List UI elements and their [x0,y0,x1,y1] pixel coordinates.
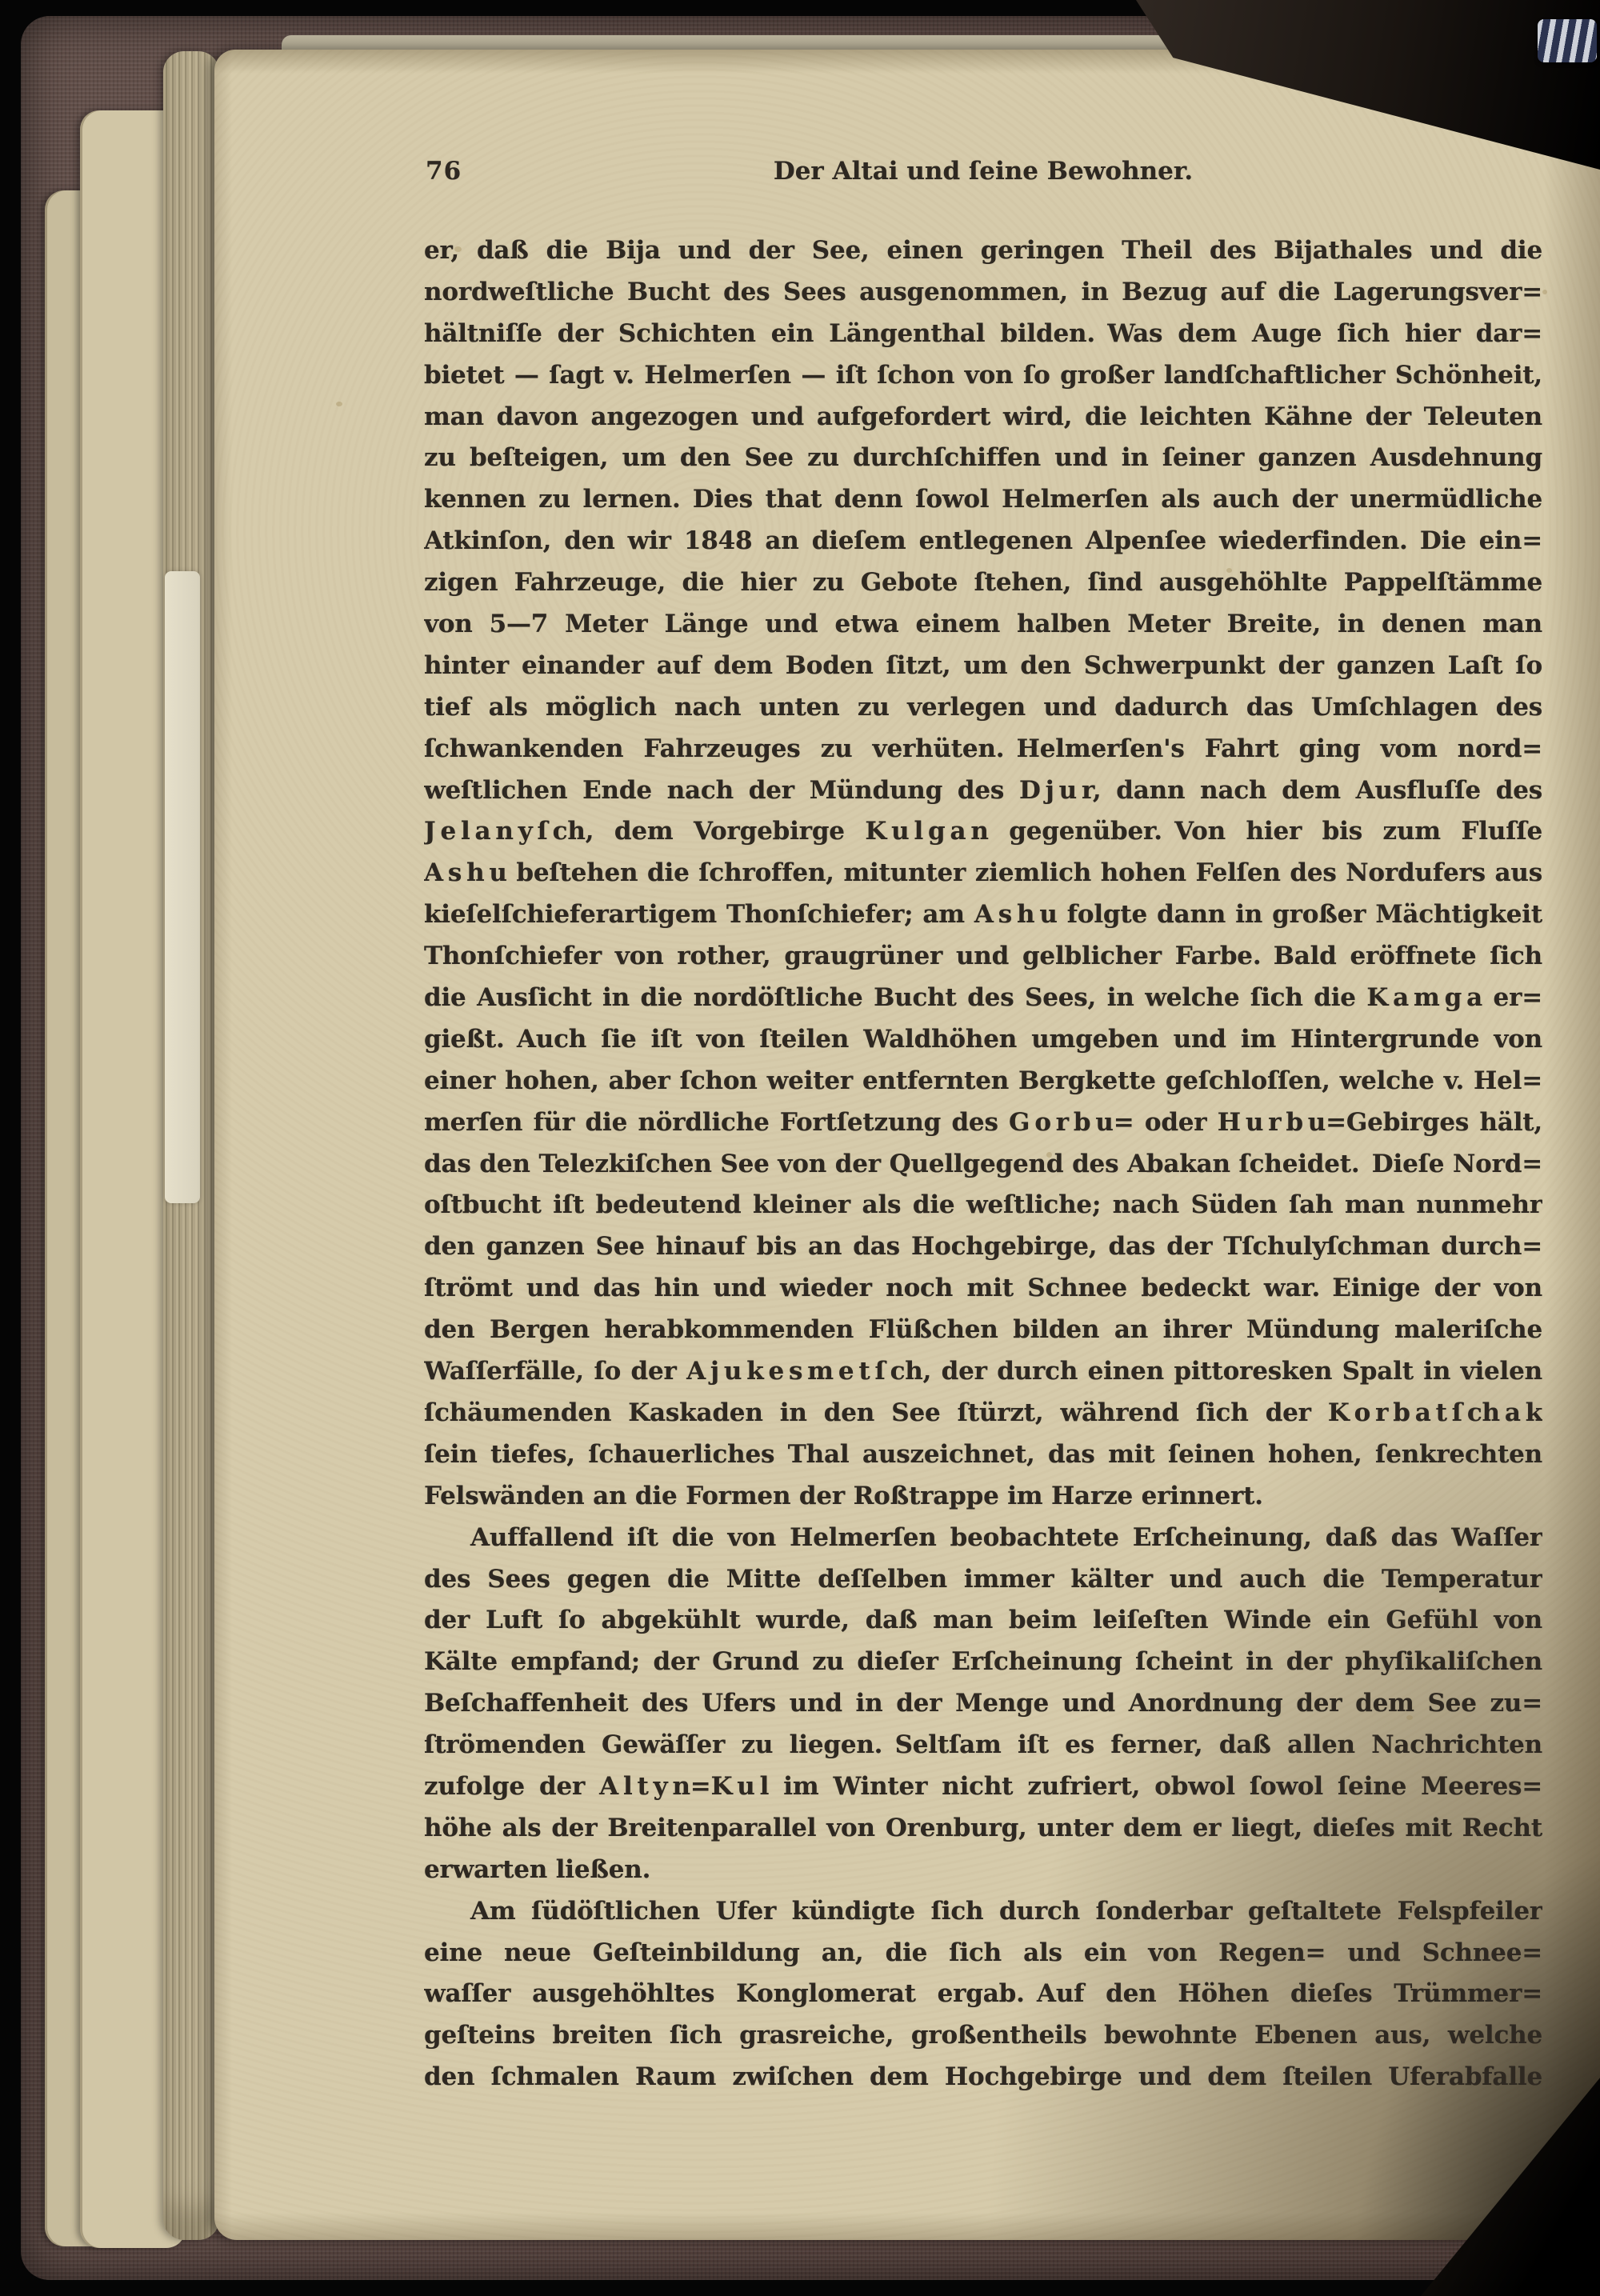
page-header: 76 Der Altai und ſeine Bewohner. [424,157,1542,194]
text-line: zu beſteigen, um den See zu durchſchiffe… [424,438,1542,479]
text-line: er, daß die Bija und der See, einen geri… [424,230,1542,272]
text-line: eine neue Geſteinbildung an, die ſich al… [424,1933,1542,1974]
text-line: kieſelſchieferartigem Thonſchiefer; am A… [424,894,1542,936]
text-line: einer hohen, aber ſchon weiter entfernte… [424,1061,1542,1102]
page-number: 76 [426,157,462,186]
text-line: zufolge der A l t y n=K u l im Winter ni… [424,1766,1542,1808]
text-line: A s h u beſtehen die ſchroffen, mitunter… [424,853,1542,894]
text-line: den ſchmalen Raum zwiſchen dem Hochgebir… [424,2057,1542,2098]
text-line: merſen für die nördliche Fortſetzung des… [424,1102,1542,1144]
book-page: 76 Der Altai und ſeine Bewohner. er, daß… [214,50,1600,2240]
text-line: ſtrömt und das hin und wieder noch mit S… [424,1268,1542,1310]
text-line: hältniſſe der Schichten ein Längenthal b… [424,314,1542,355]
text-line: waſſer ausgehöhltes Konglomerat ergab. A… [424,1974,1542,2015]
text-line: Waſſerfälle, ſo der A j u k e s m e t ſ … [424,1351,1542,1393]
text-line: ſein tiefes, ſchauerliches Thal auszeich… [424,1434,1542,1476]
text-line: nordweſtliche Bucht des Sees ausgenommen… [424,272,1542,314]
text-line: hinter einander auf dem Boden ſitzt, um … [424,646,1542,687]
paragraph: Auffallend iſt die von Helmerſen beobach… [424,1518,1542,1891]
text-line: zigen Fahrzeuge, die hier zu Gebote ſteh… [424,562,1542,604]
text-line: Atkinſon, den wir 1848 an dieſem entlege… [424,521,1542,562]
text-line: Felswänden an die Formen der Roßtrappe i… [424,1476,1542,1518]
paper-speck [336,402,342,406]
text-line: erwarten ließen. [424,1850,1542,1891]
text-line: kennen zu lernen. Dies that denn ſowol H… [424,479,1542,521]
running-title: Der Altai und ſeine Bewohner. [424,157,1542,186]
text-line: ſchäumenden Kaskaden in den See ſtürzt, … [424,1393,1542,1434]
text-line: tief als möglich nach unten zu verlegen … [424,687,1542,729]
headband [1538,19,1597,62]
text-line: gießt. Auch ſie iſt von ſteilen Waldhöhe… [424,1019,1542,1061]
text-line: die Ausſicht in die nordöſtliche Bucht d… [424,978,1542,1019]
text-line: Beſchaffenheit des Ufers und in der Meng… [424,1683,1542,1725]
text-line: Am ſüdöſtlichen Ufer kündigte ſich durch… [424,1891,1542,1933]
text-line: oſtbucht iſt bedeutend kleiner als die w… [424,1185,1542,1226]
text-line: man davon angezogen und aufgefordert wir… [424,397,1542,438]
paper-slip [165,571,200,1203]
text-line: das den Telezkiſchen See von der Quellge… [424,1144,1542,1186]
body-text: er, daß die Bija und der See, einen geri… [424,230,1542,2098]
text-line: ſtrömenden Gewäſſer zu liegen. Seltſam i… [424,1725,1542,1766]
text-line: ſchwankenden Fahrzeuges zu verhüten. Hel… [424,729,1542,770]
paragraph: Am ſüdöſtlichen Ufer kündigte ſich durch… [424,1891,1542,2098]
text-line: des Sees gegen die Mitte deſſelben immer… [424,1559,1542,1601]
text-line: bietet — ſagt v. Helmerſen — iſt ſchon v… [424,355,1542,397]
paper-speck [1542,290,1547,294]
text-line: J e l a n y ſ ch, dem Vorgebirge K u l g… [424,811,1542,853]
paragraph: er, daß die Bija und der See, einen geri… [424,230,1542,1518]
text-line: Kälte empfand; der Grund zu dieſer Erſch… [424,1642,1542,1683]
text-line: der Luft ſo abgekühlt wurde, daß man bei… [424,1600,1542,1642]
text-line: weſtlichen Ende nach der Mündung des D j… [424,770,1542,812]
text-line: Auffallend iſt die von Helmerſen beobach… [424,1518,1542,1559]
text-line: von 5—7 Meter Länge und etwa einem halbe… [424,604,1542,646]
text-line: den Bergen herabkommenden Flüßchen bilde… [424,1310,1542,1351]
text-line: höhe als der Breitenparallel von Orenbur… [424,1808,1542,1850]
text-line: den ganzen See hinauf bis an das Hochgeb… [424,1226,1542,1268]
text-line: Thonſchiefer von rother, graugrüner und … [424,936,1542,978]
book-photo: 76 Der Altai und ſeine Bewohner. er, daß… [0,0,1600,2296]
text-line: geſteins breiten ſich grasreiche, großen… [424,2015,1542,2057]
